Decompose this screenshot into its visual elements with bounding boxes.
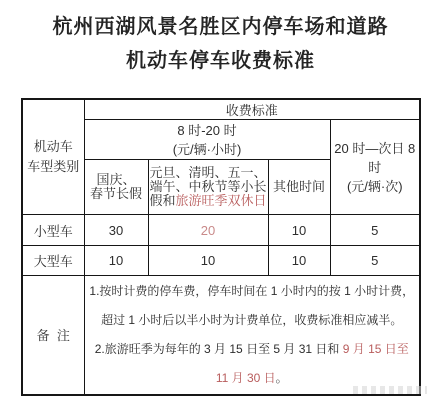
header-national-holiday: 国庆、 春节长假 xyxy=(84,160,148,215)
night-unit-text: (元/辆·次) xyxy=(331,177,420,196)
row-notes: 备 注 1.按时计费的停车费，停车时间在 1 小时内的按 1 小时计费， 超过 … xyxy=(22,276,420,395)
large-vehicle-label: 大型车 xyxy=(22,246,84,276)
document-title: 杭州西湖风景名胜区内停车场和道路 机动车停车收费标准 xyxy=(0,0,441,78)
note-line-1: 1.按时计费的停车费，停车时间在 1 小时内的按 1 小时计费， xyxy=(85,277,420,306)
watermark xyxy=(353,386,427,394)
row-large-vehicle: 大型车 10 10 10 5 xyxy=(22,246,420,276)
large-vehicle-other-time-fee: 10 xyxy=(268,246,330,276)
night-period-text: 20 时—次日 8 时 xyxy=(331,139,420,177)
note-line-2: 超过 1 小时后以半小时为计费单位，收费标准相应减半。 xyxy=(85,306,420,335)
note-1-text: 1.按时计费的停车费，停车时间在 1 小时内的按 1 小时计费， xyxy=(89,284,414,298)
day-unit-text: (元/辆·小时) xyxy=(85,140,330,159)
note-2-peak-season-start: 9 月 15 日至 xyxy=(343,342,409,356)
header-fee-standard: 收费标准 xyxy=(84,99,420,120)
header-row-fee-standard: 机动车 车型类别 收费标准 xyxy=(22,99,420,120)
title-line-1: 杭州西湖风景名胜区内停车场和道路 xyxy=(0,10,441,44)
small-vehicle-minor-holiday-fee: 20 xyxy=(148,215,268,246)
note-2-peak-season-end: 11 月 30 日 xyxy=(216,371,276,385)
large-vehicle-night-fee: 5 xyxy=(330,246,420,276)
small-vehicle-label: 小型车 xyxy=(22,215,84,246)
day-period-text: 8 时-20 时 xyxy=(85,121,330,140)
header-other-time: 其他时间 xyxy=(268,160,330,215)
notes-content: 1.按时计费的停车费，停车时间在 1 小时内的按 1 小时计费， 超过 1 小时… xyxy=(84,276,420,395)
note-line-3: 2.旅游旺季为每年的 3 月 15 日至 5 月 31 日和 9 月 15 日至 xyxy=(85,335,420,364)
small-vehicle-other-time-fee: 10 xyxy=(268,215,330,246)
header-day-period: 8 时-20 时 (元/辆·小时) xyxy=(84,120,330,160)
note-2-text: 2.旅游旺季为每年的 3 月 15 日至 5 月 31 日和 xyxy=(95,342,343,356)
large-vehicle-minor-holiday-fee: 10 xyxy=(148,246,268,276)
large-vehicle-national-holiday-fee: 10 xyxy=(84,246,148,276)
minor-holiday-peak-season-text: 旅游旺季双休日 xyxy=(176,193,267,208)
parking-fee-table: 机动车 车型类别 收费标准 8 时-20 时 (元/辆·小时) 20 时—次日 … xyxy=(21,98,421,396)
header-vehicle-type: 机动车 车型类别 xyxy=(22,99,84,215)
title-line-2: 机动车停车收费标准 xyxy=(0,44,441,78)
header-minor-holiday: 元旦、清明、五一、 端午、中秋节等小长 假和旅游旺季双休日 xyxy=(148,160,268,215)
small-vehicle-night-fee: 5 xyxy=(330,215,420,246)
note-1-text-continued: 超过 1 小时后以半小时为计费单位，收费标准相应减半。 xyxy=(101,313,402,327)
note-2-period-mark: 。 xyxy=(276,371,288,385)
notes-label: 备 注 xyxy=(22,276,84,395)
small-vehicle-national-holiday-fee: 30 xyxy=(84,215,148,246)
row-small-vehicle: 小型车 30 20 10 5 xyxy=(22,215,420,246)
header-night-period: 20 时—次日 8 时 (元/辆·次) xyxy=(330,120,420,215)
